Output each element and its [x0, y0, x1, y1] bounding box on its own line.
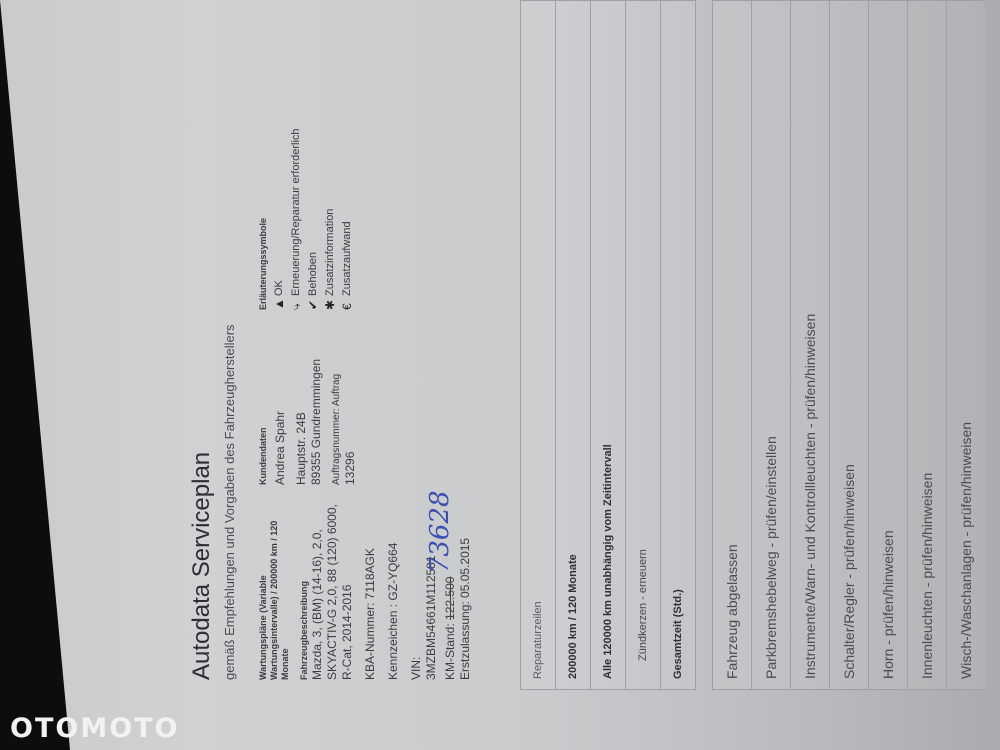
legend-item-info: ✱ Zusatzinformation	[324, 110, 337, 310]
euro-icon: €	[341, 296, 354, 310]
legend-item-ok: ▲ OK	[273, 110, 286, 310]
otomoto-watermark: OTOMOTO	[10, 713, 180, 744]
service-plan-document: Autodata Serviceplan gemäß Empfehlungen …	[0, 0, 1000, 750]
wrench-icon: ⤷	[290, 296, 303, 310]
repair-lines-table: Reparaturzeilen 200000 km / 120 Monate A…	[520, 0, 985, 690]
mileage-handwritten: 73628	[425, 491, 455, 574]
legend-item-cost: € Zusatzaufwand	[341, 110, 354, 310]
table-row: Instrumente/Warn- und Kontrollleuchten -…	[790, 0, 829, 690]
plate-label: Kennzeichen :	[386, 604, 400, 680]
kba-number: KBA-Nummer: 7118AGK	[363, 490, 378, 680]
thumbs-up-icon: ▲	[273, 296, 286, 310]
pin-icon: ✱	[324, 296, 337, 310]
kba-value: 7118AGK	[363, 548, 377, 599]
kba-label: KBA-Nummer:	[363, 603, 377, 680]
customer-name: Andrea Spahr	[273, 325, 288, 485]
legend-item-repair: ⤷ Erneuerung/Reparatur erforderlich	[290, 110, 303, 310]
table-spacer	[695, 0, 712, 690]
table-row: Gesamtzeit (Std.)	[660, 0, 695, 690]
document-subtitle: gemäß Empfehlungen und Vorgaben des Fahr…	[222, 324, 237, 680]
customer-column: Kundendaten Andrea Spahr Hauptstr. 24B 8…	[258, 325, 358, 485]
customer-street: Hauptstr. 24B	[294, 325, 309, 485]
mileage-printed-crossed: 122.500	[443, 577, 457, 620]
vehicle-column: Wartungspläne (Variable Wartungsinterval…	[258, 490, 473, 680]
table-row: Alle 120000 km unabhängig vom Zeitinterv…	[590, 0, 625, 690]
registration-label: Erstzulassung:	[458, 601, 472, 680]
table-row: Innenleuchten - prüfen/hinweisen	[907, 0, 946, 690]
mileage-label: KM-Stand:	[443, 623, 457, 680]
customer-label: Kundendaten	[258, 325, 269, 485]
registration-value: 05.05.2015	[458, 538, 472, 598]
table-row: Zündkerzen - erneuern	[625, 0, 660, 690]
first-registration: Erstzulassung: 05.05.2015	[458, 490, 473, 680]
vehicle-description-label: Fahrzeugbeschreibung	[299, 490, 310, 680]
vehicle-description: Mazda, 3, (BM) (14-16), 2,0, SKYACTIV-G …	[310, 490, 355, 680]
table-row: Fahrzeug abgelassen	[712, 0, 751, 690]
legend-column: Erläuterungssymbole ▲ OK ⤷ Erneuerung/Re…	[258, 110, 354, 310]
order-value: 13296	[343, 325, 358, 485]
table-header: Reparaturzeilen	[520, 0, 555, 690]
mileage: KM-Stand: 122.500 73628	[439, 490, 458, 680]
plan-label: Wartungspläne (Variable Wartungsinterval…	[258, 490, 291, 680]
order-label: Auftragsnummer: Auftrag	[330, 325, 343, 485]
document-title: Autodata Serviceplan	[188, 452, 216, 680]
table-row: Parkbremshebelweg - prüfen/einstellen	[751, 0, 790, 690]
legend-item-fixed: ✔ Behoben	[307, 110, 320, 310]
table-row: Horn - prüfen/hinweisen	[868, 0, 907, 690]
table-row: Schalter/Regler - prüfen/hinweisen	[829, 0, 868, 690]
customer-city: 89355 Gundremmingen	[309, 325, 324, 485]
vin-label: VIN:	[409, 490, 424, 680]
wrench-check-icon: ✔	[307, 296, 320, 310]
table-row: 200000 km / 120 Monate	[555, 0, 590, 690]
paper-sheet: Autodata Serviceplan gemäß Empfehlungen …	[0, 0, 1000, 750]
legend-label: Erläuterungssymbole	[258, 110, 269, 310]
plate-value: GZ-YQ664	[386, 543, 400, 601]
license-plate: Kennzeichen : GZ-YQ664	[386, 490, 401, 680]
table-row: Wisch-/Waschanlagen - prüfen/hinweisen	[946, 0, 985, 690]
